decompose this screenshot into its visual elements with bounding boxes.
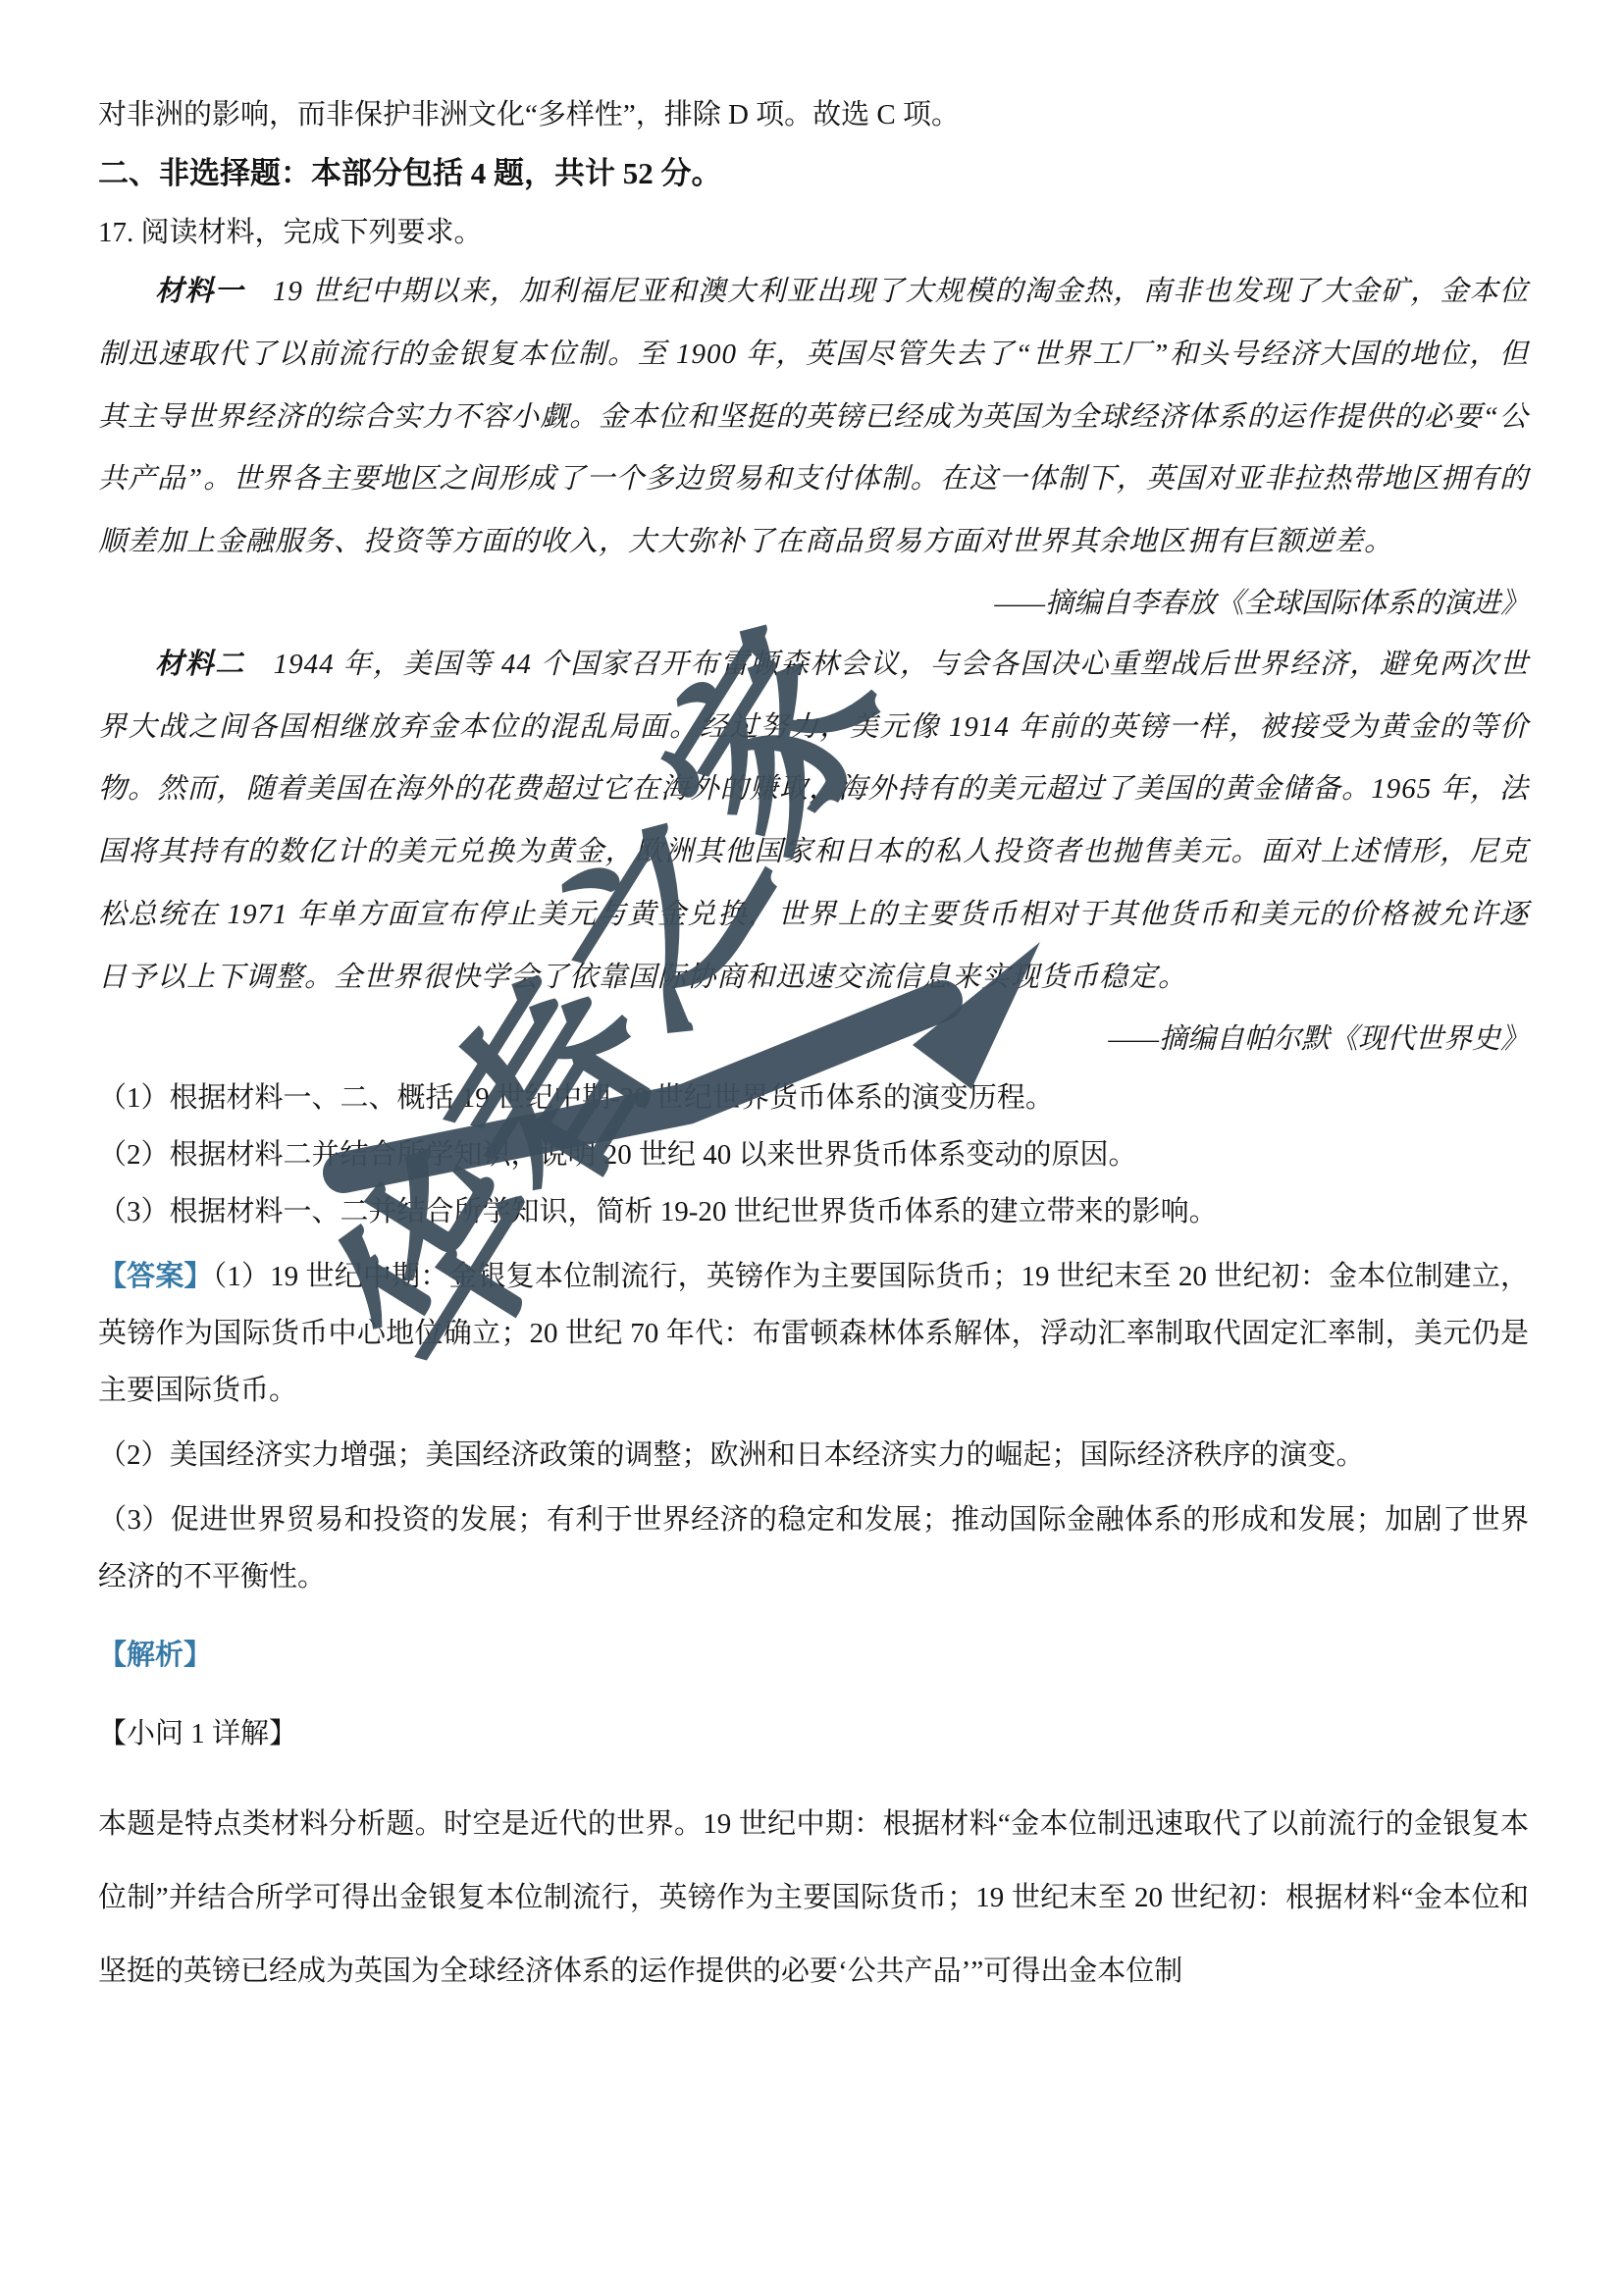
material-2-paragraph: 材料二1944 年，美国等 44 个国家召开布雷顿森林会议，与会各国决心重塑战后… (98, 634, 1529, 1010)
question-list: （1）根据材料一、二、概括 19 世纪中期-20 世纪世界货币体系的演变历程。 … (98, 1070, 1529, 1240)
previous-answer-tail: 对非洲的影响，而非保护非洲文化“多样性”，排除 D 项。故选 C 项。 (98, 86, 1529, 143)
answer-block: 【答案】（1）19 世纪中期：金银复本位制流行，英镑作为主要国际货币；19 世纪… (98, 1248, 1529, 1605)
analysis-block: 【解析】 【小问 1 详解】 本题是特点类材料分析题。时空是近代的世界。19 世… (98, 1627, 1529, 2009)
question-1: （1）根据材料一、二、概括 19 世纪中期-20 世纪世界货币体系的演变历程。 (98, 1070, 1529, 1126)
question-17-lead: 17. 阅读材料，完成下列要求。 (98, 204, 1529, 261)
section-heading: 二、非选择题：本部分包括 4 题，共计 52 分。 (98, 143, 1529, 204)
exam-document-page: 对非洲的影响，而非保护非洲文化“多样性”，排除 D 项。故选 C 项。 二、非选… (0, 0, 1623, 2296)
answer-part-2: （2）美国经济实力增强；美国经济政策的调整；欧洲和日本经济实力的崛起；国际经济秩… (98, 1427, 1529, 1484)
answer-part-1: 【答案】（1）19 世纪中期：金银复本位制流行，英镑作为主要国际货币；19 世纪… (98, 1248, 1529, 1419)
analysis-label: 【解析】 (98, 1627, 1529, 1684)
material-2-text: 1944 年，美国等 44 个国家召开布雷顿森林会议，与会各国决心重塑战后世界经… (98, 649, 1529, 993)
material-1-source: ——摘编自李春放《全球国际体系的演进》 (98, 574, 1529, 634)
material-1-paragraph: 材料一19 世纪中期以来，加利福尼亚和澳大利亚出现了大规模的淘金热，南非也发现了… (98, 261, 1529, 574)
analysis-sub1-label: 【小问 1 详解】 (98, 1705, 1529, 1762)
question-2: （2）根据材料二并结合所学知识，说明 20 世纪 40 以来世界货币体系变动的原… (98, 1126, 1529, 1183)
material-2-source: ——摘编自帕尔默《现代世界史》 (98, 1010, 1529, 1070)
answer-part-1-text: （1）19 世纪中期：金银复本位制流行，英镑作为主要国际货币；19 世纪末至 2… (98, 1261, 1529, 1406)
material-1-text: 19 世纪中期以来，加利福尼亚和澳大利亚出现了大规模的淘金热，南非也发现了大金矿… (98, 276, 1529, 557)
analysis-label-text: 【解析】 (98, 1640, 212, 1671)
answer-part-3: （3）促进世界贸易和投资的发展；有利于世界经济的稳定和发展；推动国际金融体系的形… (98, 1491, 1529, 1605)
analysis-body: 本题是特点类材料分析题。时空是近代的世界。19 世纪中期：根据材料“金本位制迅速… (98, 1788, 1529, 2009)
material-1-label: 材料一 (155, 276, 244, 307)
material-2-label: 材料二 (155, 649, 245, 680)
question-3: （3）根据材料一、二并结合所学知识，简析 19-20 世纪世界货币体系的建立带来… (98, 1183, 1529, 1240)
answer-label: 【答案】 (98, 1261, 213, 1292)
